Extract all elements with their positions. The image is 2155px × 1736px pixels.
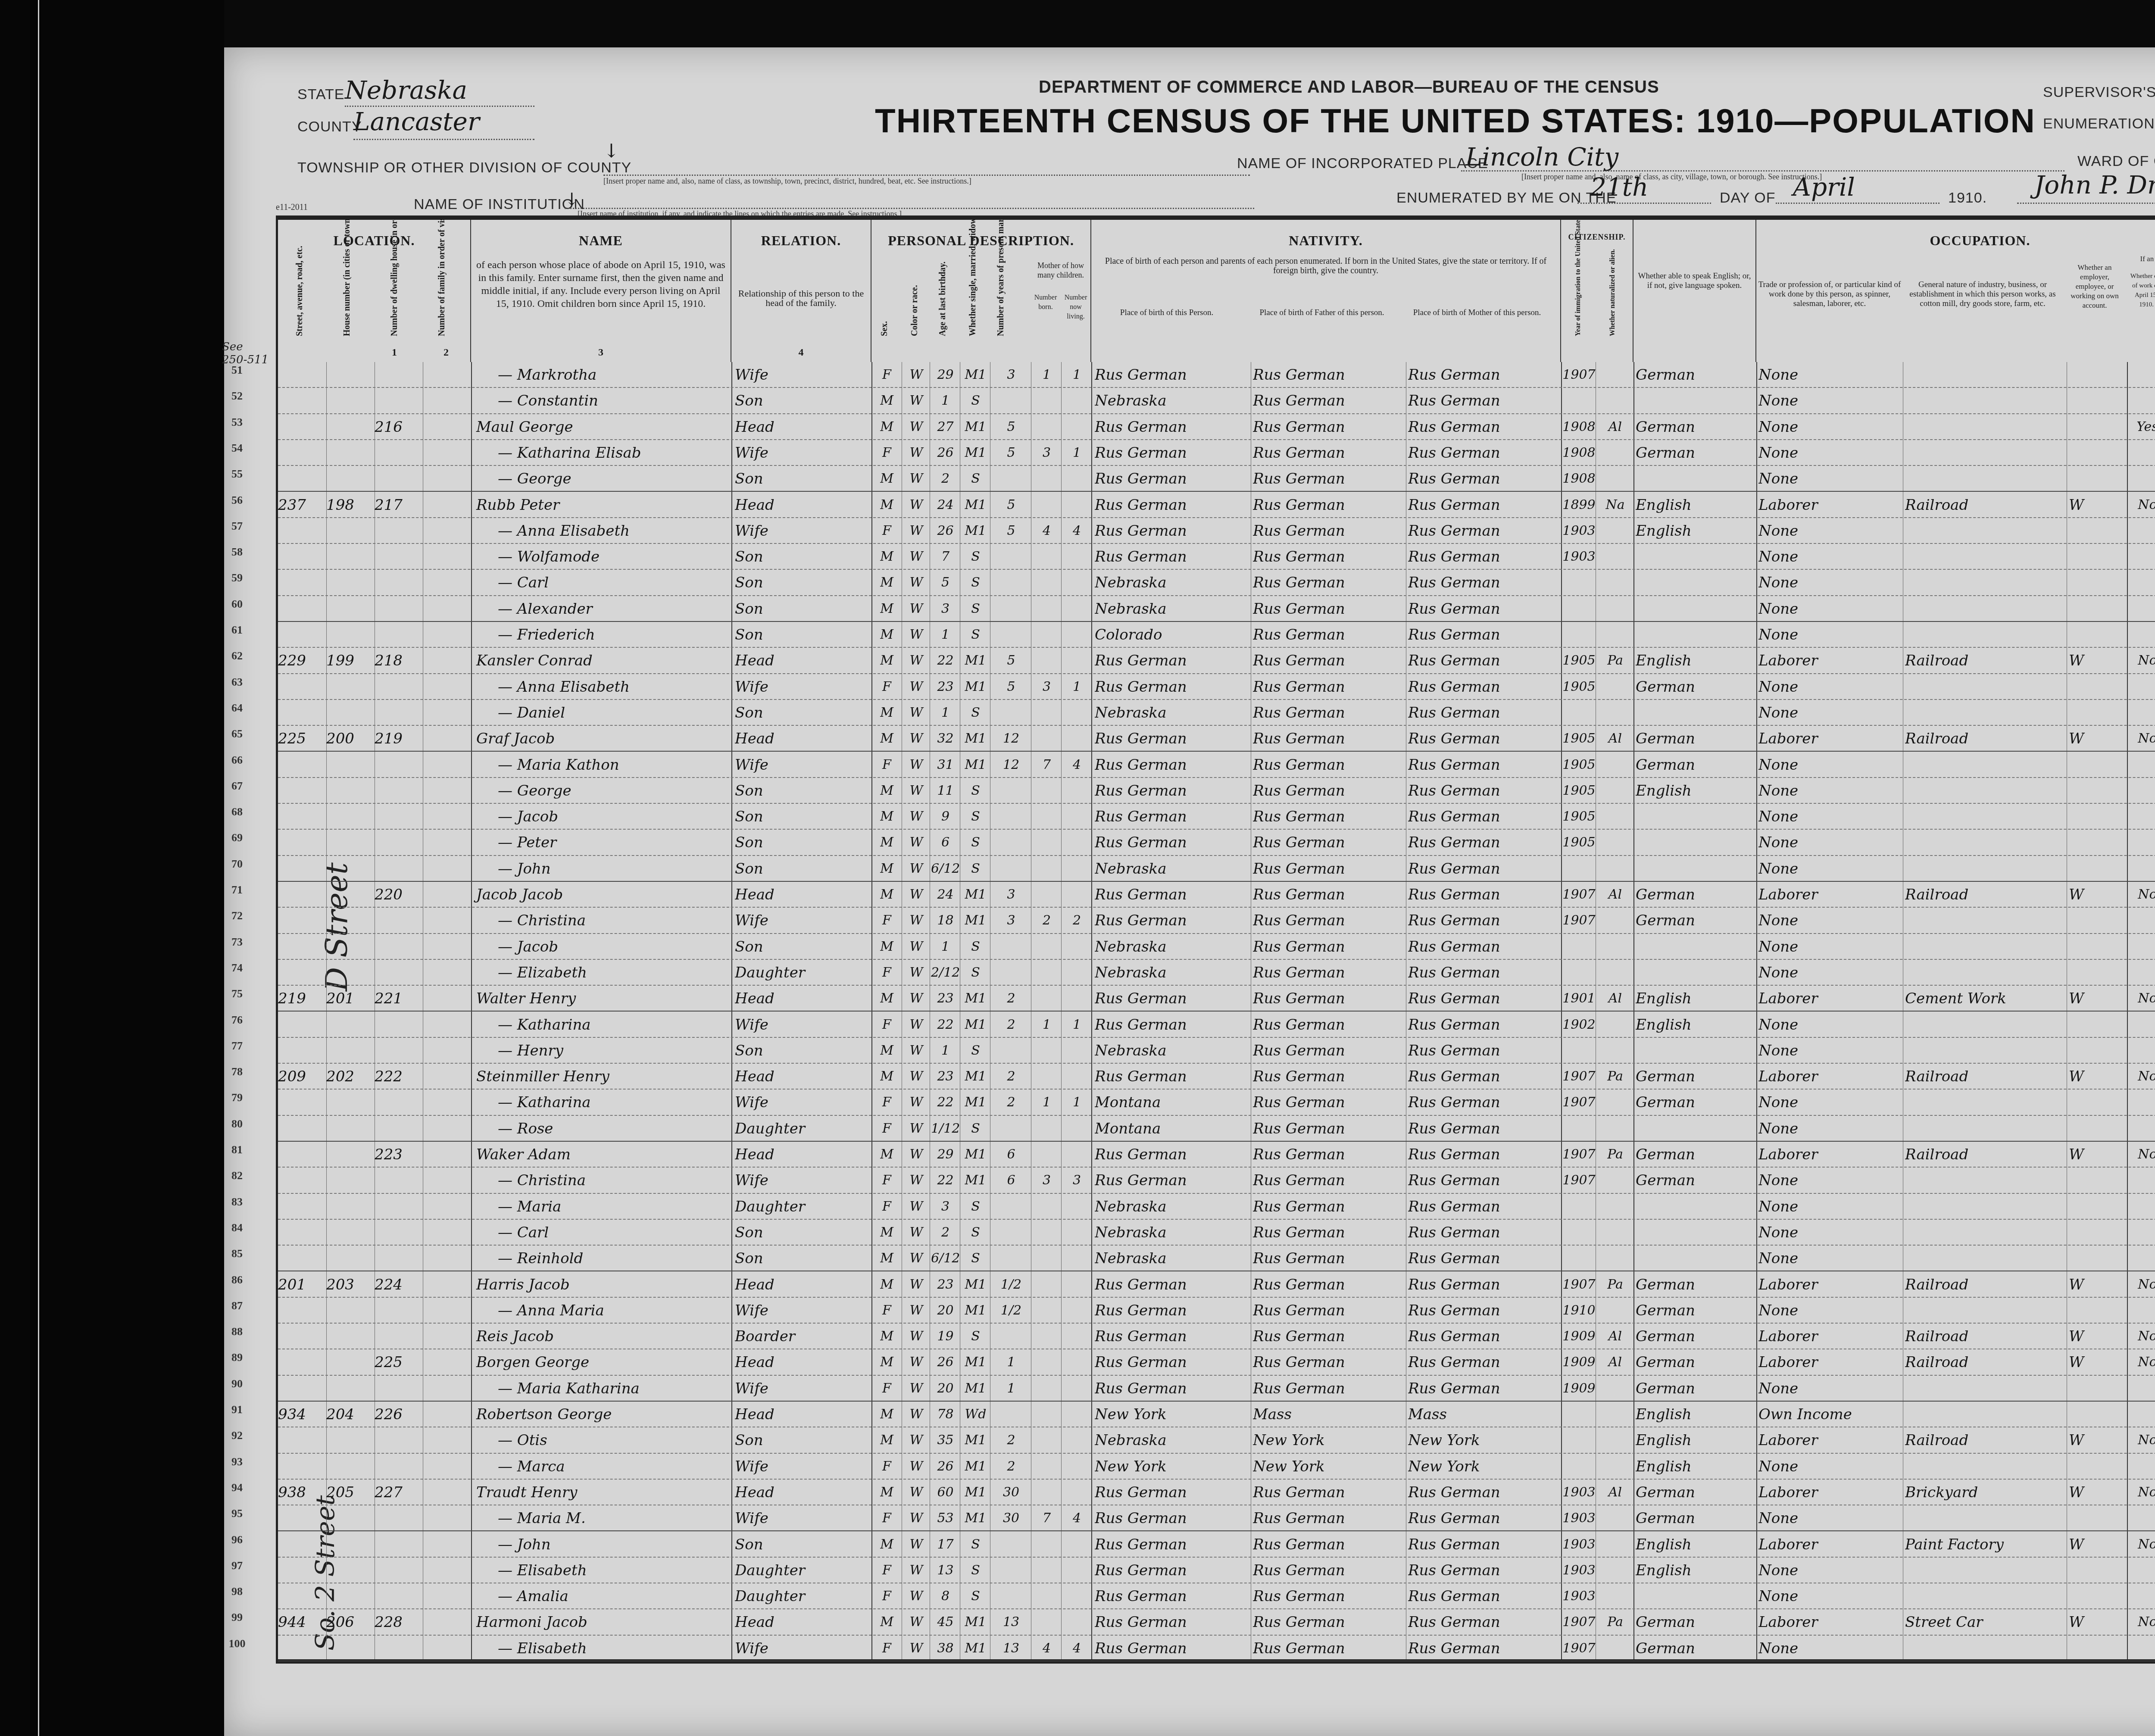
dwelling-number-cell (326, 1012, 375, 1038)
relation-cell: Wife (735, 1636, 871, 1661)
sex-cell: F (873, 960, 901, 986)
out-of-work-cell (2129, 1583, 2155, 1609)
relation-cell: Wife (735, 1168, 871, 1193)
occupation-cell: Laborer (1758, 1324, 1903, 1349)
father-birthplace-cell: Rus German (1253, 440, 1406, 466)
employer-status-cell: W (2069, 1349, 2127, 1375)
naturalization-cell (1597, 596, 1633, 622)
dwelling-number-cell (326, 518, 375, 544)
mother-birthplace-cell: Rus German (1408, 726, 1561, 752)
relation-cell: Wife (735, 674, 871, 700)
marital-status-cell: M1 (961, 440, 990, 466)
language-cell: German (1636, 1168, 1756, 1193)
birthplace-cell: Rus German (1095, 1142, 1250, 1168)
race-cell: W (903, 908, 930, 934)
age-cell: 3 (931, 596, 960, 622)
family-number-cell (375, 1012, 423, 1038)
person-name-cell: — Elisabeth (472, 1558, 756, 1583)
marital-status-cell: M1 (961, 1427, 990, 1453)
children-born-cell (1032, 622, 1061, 648)
years-married-cell (991, 1194, 1031, 1220)
father-birthplace-cell: Rus German (1253, 1609, 1406, 1635)
mother-birthplace-cell: Rus German (1408, 440, 1561, 466)
years-married-cell: 5 (991, 518, 1031, 544)
industry-cell (1905, 362, 2067, 388)
immigration-year-cell: 1907 (1562, 1609, 1596, 1635)
dwelling-number-cell (326, 1298, 375, 1324)
race-cell: W (903, 1376, 930, 1402)
mother-birthplace-cell: Rus German (1408, 1558, 1561, 1583)
employer-status-cell (2069, 1505, 2127, 1531)
mother-birthplace-cell: New York (1408, 1454, 1561, 1480)
employer-status-cell (2069, 1376, 2127, 1402)
immigration-year-cell (1562, 1038, 1596, 1064)
family-number-cell (375, 1116, 423, 1142)
employer-status-cell (2069, 830, 2127, 856)
line-number-left: 83 (224, 1196, 250, 1208)
relation-cell: Head (735, 882, 871, 908)
line-number-left: 59 (224, 571, 250, 584)
race-cell: W (903, 986, 930, 1012)
children-living-cell (1062, 648, 1091, 674)
years-married-cell: 5 (991, 648, 1031, 674)
house-number-cell (278, 1246, 326, 1271)
birthplace-cell: Rus German (1095, 1480, 1250, 1505)
immigration-year-cell (1562, 856, 1596, 882)
race-cell: W (903, 1532, 930, 1558)
naturalization-cell: Pa (1597, 1609, 1633, 1635)
marital-status-cell: M1 (961, 1349, 990, 1375)
industry-cell (1905, 752, 2067, 778)
children-living-cell (1062, 1532, 1091, 1558)
table-row: 223Waker AdamHeadMW29M16Rus GermanRus Ge… (278, 1142, 2155, 1168)
immigration-year-cell: 1907 (1562, 1142, 1596, 1168)
immigration-year-cell: 1907 (1562, 908, 1596, 934)
years-married-cell (991, 830, 1031, 856)
naturalization-cell: Pa (1597, 1064, 1633, 1090)
father-birthplace-cell: Rus German (1253, 960, 1406, 986)
marital-status-cell: S (961, 960, 990, 986)
house-number-cell (278, 1427, 326, 1453)
occupation-cell: None (1758, 1298, 1903, 1324)
dwelling-number-cell (326, 908, 375, 934)
naturalization-cell: Al (1597, 1349, 1633, 1375)
supervisor-district-label: Supervisor's District No. (2043, 84, 2155, 101)
children-living-cell (1062, 986, 1091, 1012)
table-row: — MariaDaughterFW3SNebraskaRus GermanRus… (278, 1194, 2155, 1220)
out-of-work-cell (2129, 1246, 2155, 1271)
children-born-cell (1032, 1038, 1061, 1064)
mother-birthplace-cell: Rus German (1408, 1090, 1561, 1115)
mother-birthplace-cell: Rus German (1408, 1532, 1561, 1558)
immigration-year-cell (1562, 388, 1596, 414)
line-number-left: 62 (224, 649, 250, 662)
naturalization-cell (1597, 934, 1633, 960)
person-name-cell: — Christina (472, 908, 756, 934)
mother-birthplace-cell: Rus German (1408, 1583, 1561, 1609)
institution-value: ↓ (565, 190, 579, 209)
employer-status-cell (2069, 908, 2127, 934)
children-living-cell (1062, 778, 1091, 804)
immigration-year-cell: 1903 (1562, 544, 1596, 570)
mother-birthplace-cell: Rus German (1408, 1272, 1561, 1298)
language-cell: German (1636, 1376, 1756, 1402)
age-cell: 18 (931, 908, 960, 934)
language-cell (1636, 1038, 1756, 1064)
children-born-cell (1032, 1480, 1061, 1505)
language-cell (1636, 466, 1756, 492)
industry-cell (1905, 1636, 2067, 1661)
line-number-left: 97 (224, 1559, 250, 1572)
mother-birthplace-cell: Rus German (1408, 830, 1561, 856)
children-born-cell (1032, 1402, 1061, 1427)
house-number-cell (278, 1349, 326, 1375)
years-married-cell (991, 1324, 1031, 1349)
person-name-cell: Reis Jacob (472, 1324, 735, 1349)
language-cell: German (1636, 1064, 1756, 1090)
father-birthplace-cell: New York (1253, 1427, 1406, 1453)
marital-status-cell: M1 (961, 882, 990, 908)
language-cell: English (1636, 778, 1756, 804)
employer-status-cell: W (2069, 1427, 2127, 1453)
occupation-cell: None (1758, 1505, 1903, 1531)
industry-cell (1905, 700, 2067, 726)
out-of-work-cell (2129, 1298, 2155, 1324)
language-cell: German (1636, 726, 1756, 752)
sex-cell: F (873, 1168, 901, 1193)
industry-cell: Railroad (1905, 648, 2067, 674)
line-number-left: 72 (224, 909, 250, 922)
employer-status-cell (2069, 1220, 2127, 1246)
age-cell: 20 (931, 1298, 960, 1324)
sex-cell: M (873, 804, 901, 830)
mother-birthplace-cell: Rus German (1408, 492, 1561, 518)
years-married-cell: 5 (991, 492, 1031, 518)
language-cell (1636, 544, 1756, 570)
person-name-cell: — Henry (472, 1038, 756, 1064)
race-cell: W (903, 1220, 930, 1246)
marital-status-cell: M1 (961, 1609, 990, 1635)
children-living-cell (1062, 1349, 1091, 1375)
dwelling-number-cell (326, 1427, 375, 1453)
years-married-cell: 13 (991, 1636, 1031, 1661)
table-row: — MarcaWifeFW26M12New YorkNew YorkNew Yo… (278, 1454, 2155, 1480)
employer-status-cell (2069, 1168, 2127, 1193)
person-name-cell: — Katharina Elisab (472, 440, 756, 466)
person-name-cell: — Elisabeth (472, 1636, 756, 1661)
line-number-left: 84 (224, 1221, 250, 1234)
out-of-work-cell (2129, 752, 2155, 778)
dwelling-number-cell: 205 (326, 1480, 375, 1505)
age-cell: 6/12 (931, 1246, 960, 1271)
line-number-left: 56 (224, 494, 250, 507)
person-name-cell: — Anna Elisabeth (472, 518, 756, 544)
out-of-work-cell (2129, 388, 2155, 414)
race-cell: W (903, 1090, 930, 1115)
sex-cell: F (873, 1376, 901, 1402)
occupation-cell: None (1758, 830, 1903, 856)
table-row: — Maria KatharinaWifeFW20M11Rus GermanRu… (278, 1376, 2155, 1402)
person-name-cell: — George (472, 466, 756, 492)
relation-cell: Head (735, 1349, 871, 1375)
children-born-cell (1032, 596, 1061, 622)
table-row: — Katharina ElisabWifeFW26M1531Rus Germa… (278, 440, 2155, 466)
out-of-work-cell (2129, 1220, 2155, 1246)
person-name-cell: Kansler Conrad (472, 648, 735, 674)
occupation-cell: Laborer (1758, 726, 1903, 752)
line-number-left: 87 (224, 1299, 250, 1312)
marital-status-cell: S (961, 1220, 990, 1246)
employer-status-cell (2069, 362, 2127, 388)
house-number-cell (278, 388, 326, 414)
father-birthplace-cell: Rus German (1253, 1558, 1406, 1583)
language-cell: English (1636, 492, 1756, 518)
sex-cell: M (873, 1427, 901, 1453)
line-number-left: 64 (224, 702, 250, 715)
mother-birthplace-cell: Rus German (1408, 1505, 1561, 1531)
table-row: — GeorgeSonMW2SRus GermanRus GermanRus G… (278, 466, 2155, 492)
person-name-cell: Waker Adam (472, 1142, 735, 1168)
house-number-cell (278, 466, 326, 492)
language-cell: German (1636, 752, 1756, 778)
race-cell: W (903, 1454, 930, 1480)
naturalization-cell: Al (1597, 1480, 1633, 1505)
mother-birthplace-cell: Rus German (1408, 1064, 1561, 1090)
race-cell: W (903, 622, 930, 648)
relation-cell: Daughter (735, 1583, 871, 1609)
years-married-cell: 3 (991, 362, 1031, 388)
children-born-cell (1032, 1558, 1061, 1583)
children-living-cell (1062, 596, 1091, 622)
age-cell: 23 (931, 1064, 960, 1090)
years-married-cell (991, 1220, 1031, 1246)
house-number-cell (278, 908, 326, 934)
line-number-left: 85 (224, 1247, 250, 1260)
age-cell: 29 (931, 1142, 960, 1168)
birthplace-cell: Rus German (1095, 778, 1250, 804)
industry-cell: Railroad (1905, 1272, 2067, 1298)
children-born-cell (1032, 726, 1061, 752)
immigration-year-cell: 1907 (1562, 362, 1596, 388)
age-cell: 1 (931, 388, 960, 414)
enumerated-day: 21th (1590, 172, 1648, 202)
children-born-cell (1032, 1583, 1061, 1609)
naturalization-cell: Pa (1597, 1142, 1633, 1168)
relation-cell: Head (735, 1480, 871, 1505)
out-of-work-cell: No (2129, 1272, 2155, 1298)
house-number-cell (278, 934, 326, 960)
years-married-cell: 5 (991, 414, 1031, 440)
race-cell: W (903, 726, 930, 752)
header-occupation: OCCUPATION. Trade or profession of, or p… (1756, 220, 2155, 362)
relation-cell: Daughter (735, 960, 871, 986)
language-cell: German (1636, 362, 1756, 388)
out-of-work-cell: No (2129, 648, 2155, 674)
family-number-cell: 221 (375, 986, 423, 1012)
family-number-cell (375, 1168, 423, 1193)
sex-cell: M (873, 882, 901, 908)
employer-status-cell: W (2069, 882, 2127, 908)
years-married-cell: 5 (991, 674, 1031, 700)
line-number-left: 76 (224, 1014, 250, 1027)
house-number-cell (278, 362, 326, 388)
children-born-cell (1032, 388, 1061, 414)
dwelling-number-cell (326, 960, 375, 986)
state-value: Nebraska (345, 75, 467, 105)
father-birthplace-cell: Rus German (1253, 1012, 1406, 1038)
industry-cell (1905, 1220, 2067, 1246)
father-birthplace-cell: Rus German (1253, 830, 1406, 856)
marital-status-cell: M1 (961, 986, 990, 1012)
immigration-year-cell (1562, 1116, 1596, 1142)
mother-birthplace-cell: Mass (1408, 1402, 1561, 1427)
line-number-left: 70 (224, 858, 250, 871)
language-cell (1636, 960, 1756, 986)
mother-birthplace-cell: Rus German (1408, 648, 1561, 674)
relation-cell: Wife (735, 1012, 871, 1038)
table-row: 201203224Harris JacobHeadMW23M11/2Rus Ge… (278, 1272, 2155, 1298)
immigration-year-cell: 1908 (1562, 466, 1596, 492)
dwelling-number-cell (326, 1505, 375, 1531)
person-name-cell: — Katharina (472, 1012, 756, 1038)
years-married-cell: 3 (991, 882, 1031, 908)
enumerated-label: Enumerated by me on the (1396, 190, 1616, 206)
language-cell: German (1636, 908, 1756, 934)
marital-status-cell: M1 (961, 1454, 990, 1480)
sex-cell: F (873, 518, 901, 544)
employer-status-cell: W (2069, 1324, 2127, 1349)
industry-cell (1905, 1558, 2067, 1583)
birthplace-cell: Rus German (1095, 1376, 1250, 1402)
age-cell: 24 (931, 882, 960, 908)
line-number-left: 67 (224, 780, 250, 793)
sex-cell: M (873, 1480, 901, 1505)
sex-cell: F (873, 362, 901, 388)
age-cell: 26 (931, 518, 960, 544)
race-cell: W (903, 1583, 930, 1609)
out-of-work-cell (2129, 856, 2155, 882)
father-birthplace-cell: Rus German (1253, 752, 1406, 778)
occupation-cell: Laborer (1758, 648, 1903, 674)
table-row: — OtisSonMW35M12NebraskaNew YorkNew York… (278, 1427, 2155, 1453)
dwelling-number-cell (326, 1583, 375, 1609)
house-number-cell (278, 518, 326, 544)
naturalization-cell (1597, 1427, 1633, 1453)
family-number-cell (375, 1636, 423, 1661)
birthplace-cell: Rus German (1095, 518, 1250, 544)
township-value: ↓ (603, 140, 619, 162)
line-number-left: 63 (224, 676, 250, 689)
house-number-cell (278, 856, 326, 882)
line-number-left: 93 (224, 1455, 250, 1468)
birthplace-cell: Nebraska (1095, 934, 1250, 960)
immigration-year-cell: 1899 (1562, 492, 1596, 518)
language-cell: German (1636, 674, 1756, 700)
father-birthplace-cell: Rus German (1253, 518, 1406, 544)
occupation-cell: None (1758, 1583, 1903, 1609)
dwelling-number-cell (326, 1038, 375, 1064)
children-born-cell (1032, 934, 1061, 960)
out-of-work-cell (2129, 440, 2155, 466)
house-number-cell (278, 1558, 326, 1583)
industry-cell (1905, 1583, 2067, 1609)
language-cell: German (1636, 440, 1756, 466)
language-cell: English (1636, 1012, 1756, 1038)
race-cell: W (903, 1298, 930, 1324)
children-born-cell (1032, 986, 1061, 1012)
mother-birthplace-cell: Rus German (1408, 388, 1561, 414)
table-row: — MarkrothaWifeFW29M1311Rus GermanRus Ge… (278, 362, 2155, 388)
children-living-cell: 4 (1062, 518, 1091, 544)
children-living-cell (1062, 1583, 1091, 1609)
family-number-cell (375, 544, 423, 570)
naturalization-cell (1597, 1376, 1633, 1402)
person-name-cell: — Katharina (472, 1090, 756, 1115)
race-cell: W (903, 362, 930, 388)
race-cell: W (903, 648, 930, 674)
immigration-year-cell: 1905 (1562, 830, 1596, 856)
father-birthplace-cell: Rus German (1253, 1220, 1406, 1246)
house-number-cell (278, 1090, 326, 1115)
mother-birthplace-cell: Rus German (1408, 1142, 1561, 1168)
marital-status-cell: M1 (961, 648, 990, 674)
line-number-left: 88 (224, 1325, 250, 1338)
ward-label: Ward of city (2077, 153, 2155, 170)
birthplace-cell: Rus German (1095, 986, 1250, 1012)
language-cell: German (1636, 1272, 1756, 1298)
employer-status-cell (2069, 1038, 2127, 1064)
person-name-cell: — Amalia (472, 1583, 756, 1609)
occupation-cell: None (1758, 414, 1903, 440)
years-married-cell: 2 (991, 1090, 1031, 1115)
industry-cell (1905, 804, 2067, 830)
immigration-year-cell (1562, 622, 1596, 648)
sex-cell: F (873, 1116, 901, 1142)
age-cell: 29 (931, 362, 960, 388)
person-name-cell: Traudt Henry (472, 1480, 735, 1505)
mother-birthplace-cell: Rus German (1408, 1480, 1561, 1505)
years-married-cell (991, 934, 1031, 960)
marital-status-cell: M1 (961, 674, 990, 700)
industry-cell: Cement Work (1905, 986, 2067, 1012)
language-cell (1636, 596, 1756, 622)
occupation-cell: None (1758, 1558, 1903, 1583)
person-name-cell: Steinmiller Henry (472, 1064, 735, 1090)
age-cell: 22 (931, 1090, 960, 1115)
father-birthplace-cell: Rus German (1253, 596, 1406, 622)
immigration-year-cell: 1909 (1562, 1376, 1596, 1402)
family-number-cell (375, 362, 423, 388)
children-living-cell: 4 (1062, 1505, 1091, 1531)
age-cell: 19 (931, 1324, 960, 1349)
relation-cell: Son (735, 934, 871, 960)
sex-cell: F (873, 1583, 901, 1609)
relation-cell: Daughter (735, 1194, 871, 1220)
line-number-left: 81 (224, 1143, 250, 1156)
sex-cell: M (873, 986, 901, 1012)
language-cell: English (1636, 1427, 1756, 1453)
occupation-cell: None (1758, 544, 1903, 570)
person-name-cell: Graf Jacob (472, 726, 735, 752)
age-cell: 60 (931, 1480, 960, 1505)
birthplace-cell: Rus German (1095, 492, 1250, 518)
mother-birthplace-cell: Rus German (1408, 986, 1561, 1012)
naturalization-cell: Pa (1597, 1272, 1633, 1298)
family-number-cell (375, 1246, 423, 1271)
relation-cell: Son (735, 1038, 871, 1064)
line-number-left: 61 (224, 624, 250, 637)
occupation-cell: Laborer (1758, 1609, 1903, 1635)
